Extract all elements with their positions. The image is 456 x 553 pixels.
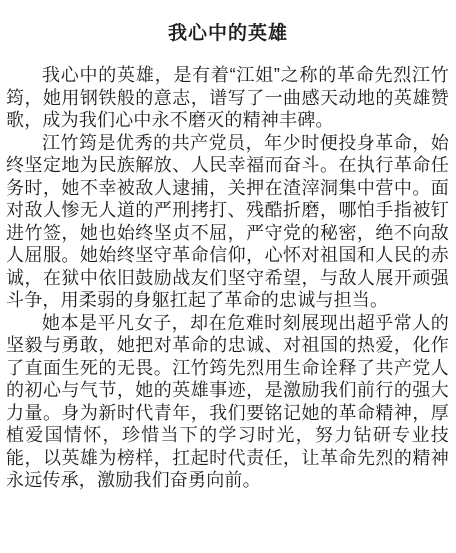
essay-paragraph-1: 我心中的英雄，是有着“江姐”之称的革命先烈江竹筠，她用钢铁般的意志，谱写了一曲感… xyxy=(6,64,449,132)
essay-paragraph-2: 江竹筠是优秀的共产党员，年少时便投身革命，始终坚定地为民族解放、人民幸福而奋斗。… xyxy=(6,132,449,312)
essay-paragraph-3: 她本是平凡女子，却在危难时刻展现出超乎常人的坚毅与勇敢，她把对革命的忠诚、对祖国… xyxy=(6,312,449,492)
essay-title: 我心中的英雄 xyxy=(0,0,456,46)
essay-page: 我心中的英雄 我心中的英雄，是有着“江姐”之称的革命先烈江竹筠，她用钢铁般的意志… xyxy=(0,0,456,553)
essay-body: 我心中的英雄，是有着“江姐”之称的革命先烈江竹筠，她用钢铁般的意志，谱写了一曲感… xyxy=(0,64,456,492)
